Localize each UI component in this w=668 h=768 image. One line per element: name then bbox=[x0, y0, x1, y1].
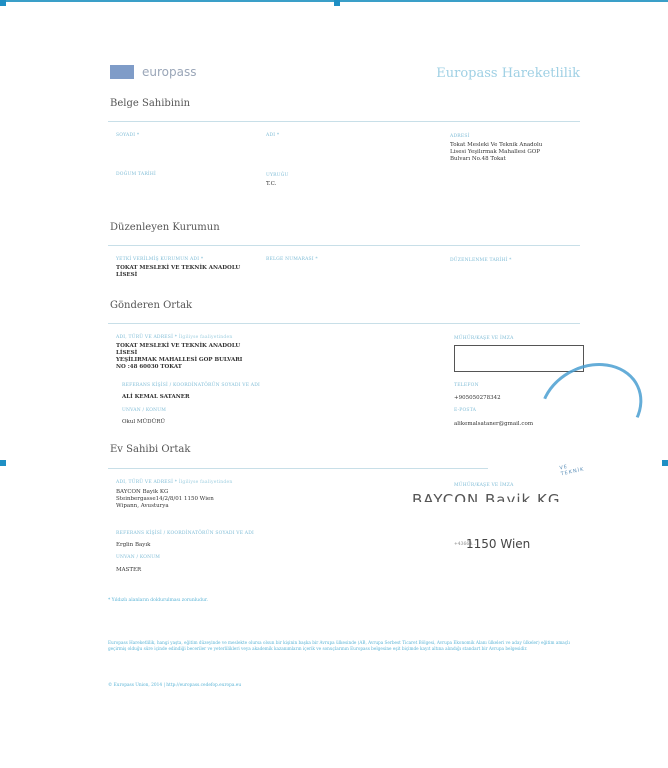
sending-name-address-hint: İlgiliyse faaliyetinden bbox=[179, 335, 233, 340]
europass-logo: europass bbox=[110, 65, 196, 79]
copyright-text: © Europass Union, 2014 | http://europass… bbox=[108, 683, 241, 688]
sending-signature-box bbox=[454, 345, 584, 372]
required-fields-note: * Yıldızlı alanların doldurulması zorunl… bbox=[108, 598, 208, 603]
disclaimer-text: Europass Hareketlilik, hangi yaşta, eğit… bbox=[108, 640, 578, 652]
surname-label: SOYADI * bbox=[116, 133, 139, 138]
sending-contact-value: ALİ KEMAL SATANER bbox=[122, 394, 190, 401]
document-title: Europass Hareketlilik bbox=[436, 66, 580, 81]
name-label: ADI * bbox=[266, 133, 279, 138]
sending-name-address-value: TOKAT MESLEKİ VE TEKNİK ANADOLU LİSESİ Y… bbox=[116, 343, 242, 371]
logo-text: europass bbox=[142, 65, 196, 79]
section-rule bbox=[108, 323, 580, 324]
section-rule bbox=[108, 121, 580, 122]
section-rule bbox=[108, 245, 580, 246]
section-title-host-partner: Ev Sahibi Ortak bbox=[110, 444, 190, 455]
document-number-label: BELGE NUMARASI * bbox=[266, 257, 318, 262]
host-name-address-label: ADI, TÜRÜ VE ADRESİ * İlgiliyse faaliyet… bbox=[116, 480, 232, 485]
host-stamp-label: MÜHÜR/KAŞE VE İMZA bbox=[454, 483, 514, 488]
section-rule bbox=[108, 468, 488, 469]
crop-mark bbox=[0, 0, 6, 6]
host-stamp-name: BAYCON Bayik KG bbox=[412, 491, 560, 502]
host-name-address-label-text: ADI, TÜRÜ VE ADRESİ * bbox=[116, 480, 177, 485]
organization-value: TOKAT MESLEKİ VE TEKNİK ANADOLU LİSESİ bbox=[116, 265, 240, 279]
sending-stamp-label: MÜHÜR/KAŞE VE İMZA bbox=[454, 336, 514, 341]
section-title-sending-partner: Gönderen Ortak bbox=[110, 300, 192, 311]
sending-email-label: E-POSTA bbox=[454, 408, 476, 413]
host-position-label: UNVAN / KONUM bbox=[116, 555, 160, 560]
host-stamp-fragment: VE TEKNİK bbox=[559, 461, 585, 478]
address-label: ADRESİ bbox=[450, 134, 470, 139]
host-name-address-hint: İlgiliyse faaliyetinden bbox=[179, 480, 233, 485]
nationality-label: UYRUĞU bbox=[266, 173, 289, 178]
crop-mark bbox=[0, 460, 6, 466]
section-title-holder: Belge Sahibinin bbox=[110, 98, 190, 109]
europass-flag-icon bbox=[110, 65, 134, 79]
crop-mark bbox=[334, 0, 340, 6]
sending-position-label: UNVAN / KONUM bbox=[122, 408, 166, 413]
crop-mark bbox=[662, 460, 668, 466]
address-value: Tokat Mesleki Ve Teknik Anadolu Lisesi Y… bbox=[450, 142, 542, 163]
host-position-value: MASTER bbox=[116, 567, 141, 574]
organization-label: YETKİ VERİLMİŞ KURUMUN ADI * bbox=[116, 257, 203, 262]
host-contact-label: REFERANS KİŞİSİ / KOORDİNATÖRÜN SOYADI V… bbox=[116, 531, 254, 536]
sending-name-address-label-text: ADI, TÜRÜ VE ADRESİ * bbox=[116, 335, 177, 340]
sending-email-value: alikemalsataner@gmail.com bbox=[454, 421, 533, 428]
sending-position-value: Okul MÜDÜRÜ bbox=[122, 419, 165, 426]
birth-date-label: DOĞUM TARİHİ bbox=[116, 172, 156, 177]
issue-date-label: DÜZENLENME TARİHİ * bbox=[450, 258, 512, 263]
sending-contact-label: REFERANS KİŞİSİ / KOORDİNATÖRÜN SOYADI V… bbox=[122, 383, 260, 388]
sending-name-address-label: ADI, TÜRÜ VE ADRESİ * İlgiliyse faaliyet… bbox=[116, 335, 232, 340]
host-stamp-city: 1150 Wien bbox=[466, 537, 530, 551]
host-name-address-value: BAYCON Bayik KG Steinbergasse14/2/8/01 1… bbox=[116, 489, 214, 510]
host-contact-value: Erglin Bayık bbox=[116, 542, 151, 549]
section-title-issuer: Düzenleyen Kurumun bbox=[110, 222, 220, 233]
sending-phone-value: +905050278342 bbox=[454, 395, 501, 402]
nationality-value: T.C. bbox=[266, 181, 276, 188]
sending-phone-label: TELEFON bbox=[454, 383, 479, 388]
document-header: europass Europass Hareketlilik bbox=[108, 60, 580, 90]
